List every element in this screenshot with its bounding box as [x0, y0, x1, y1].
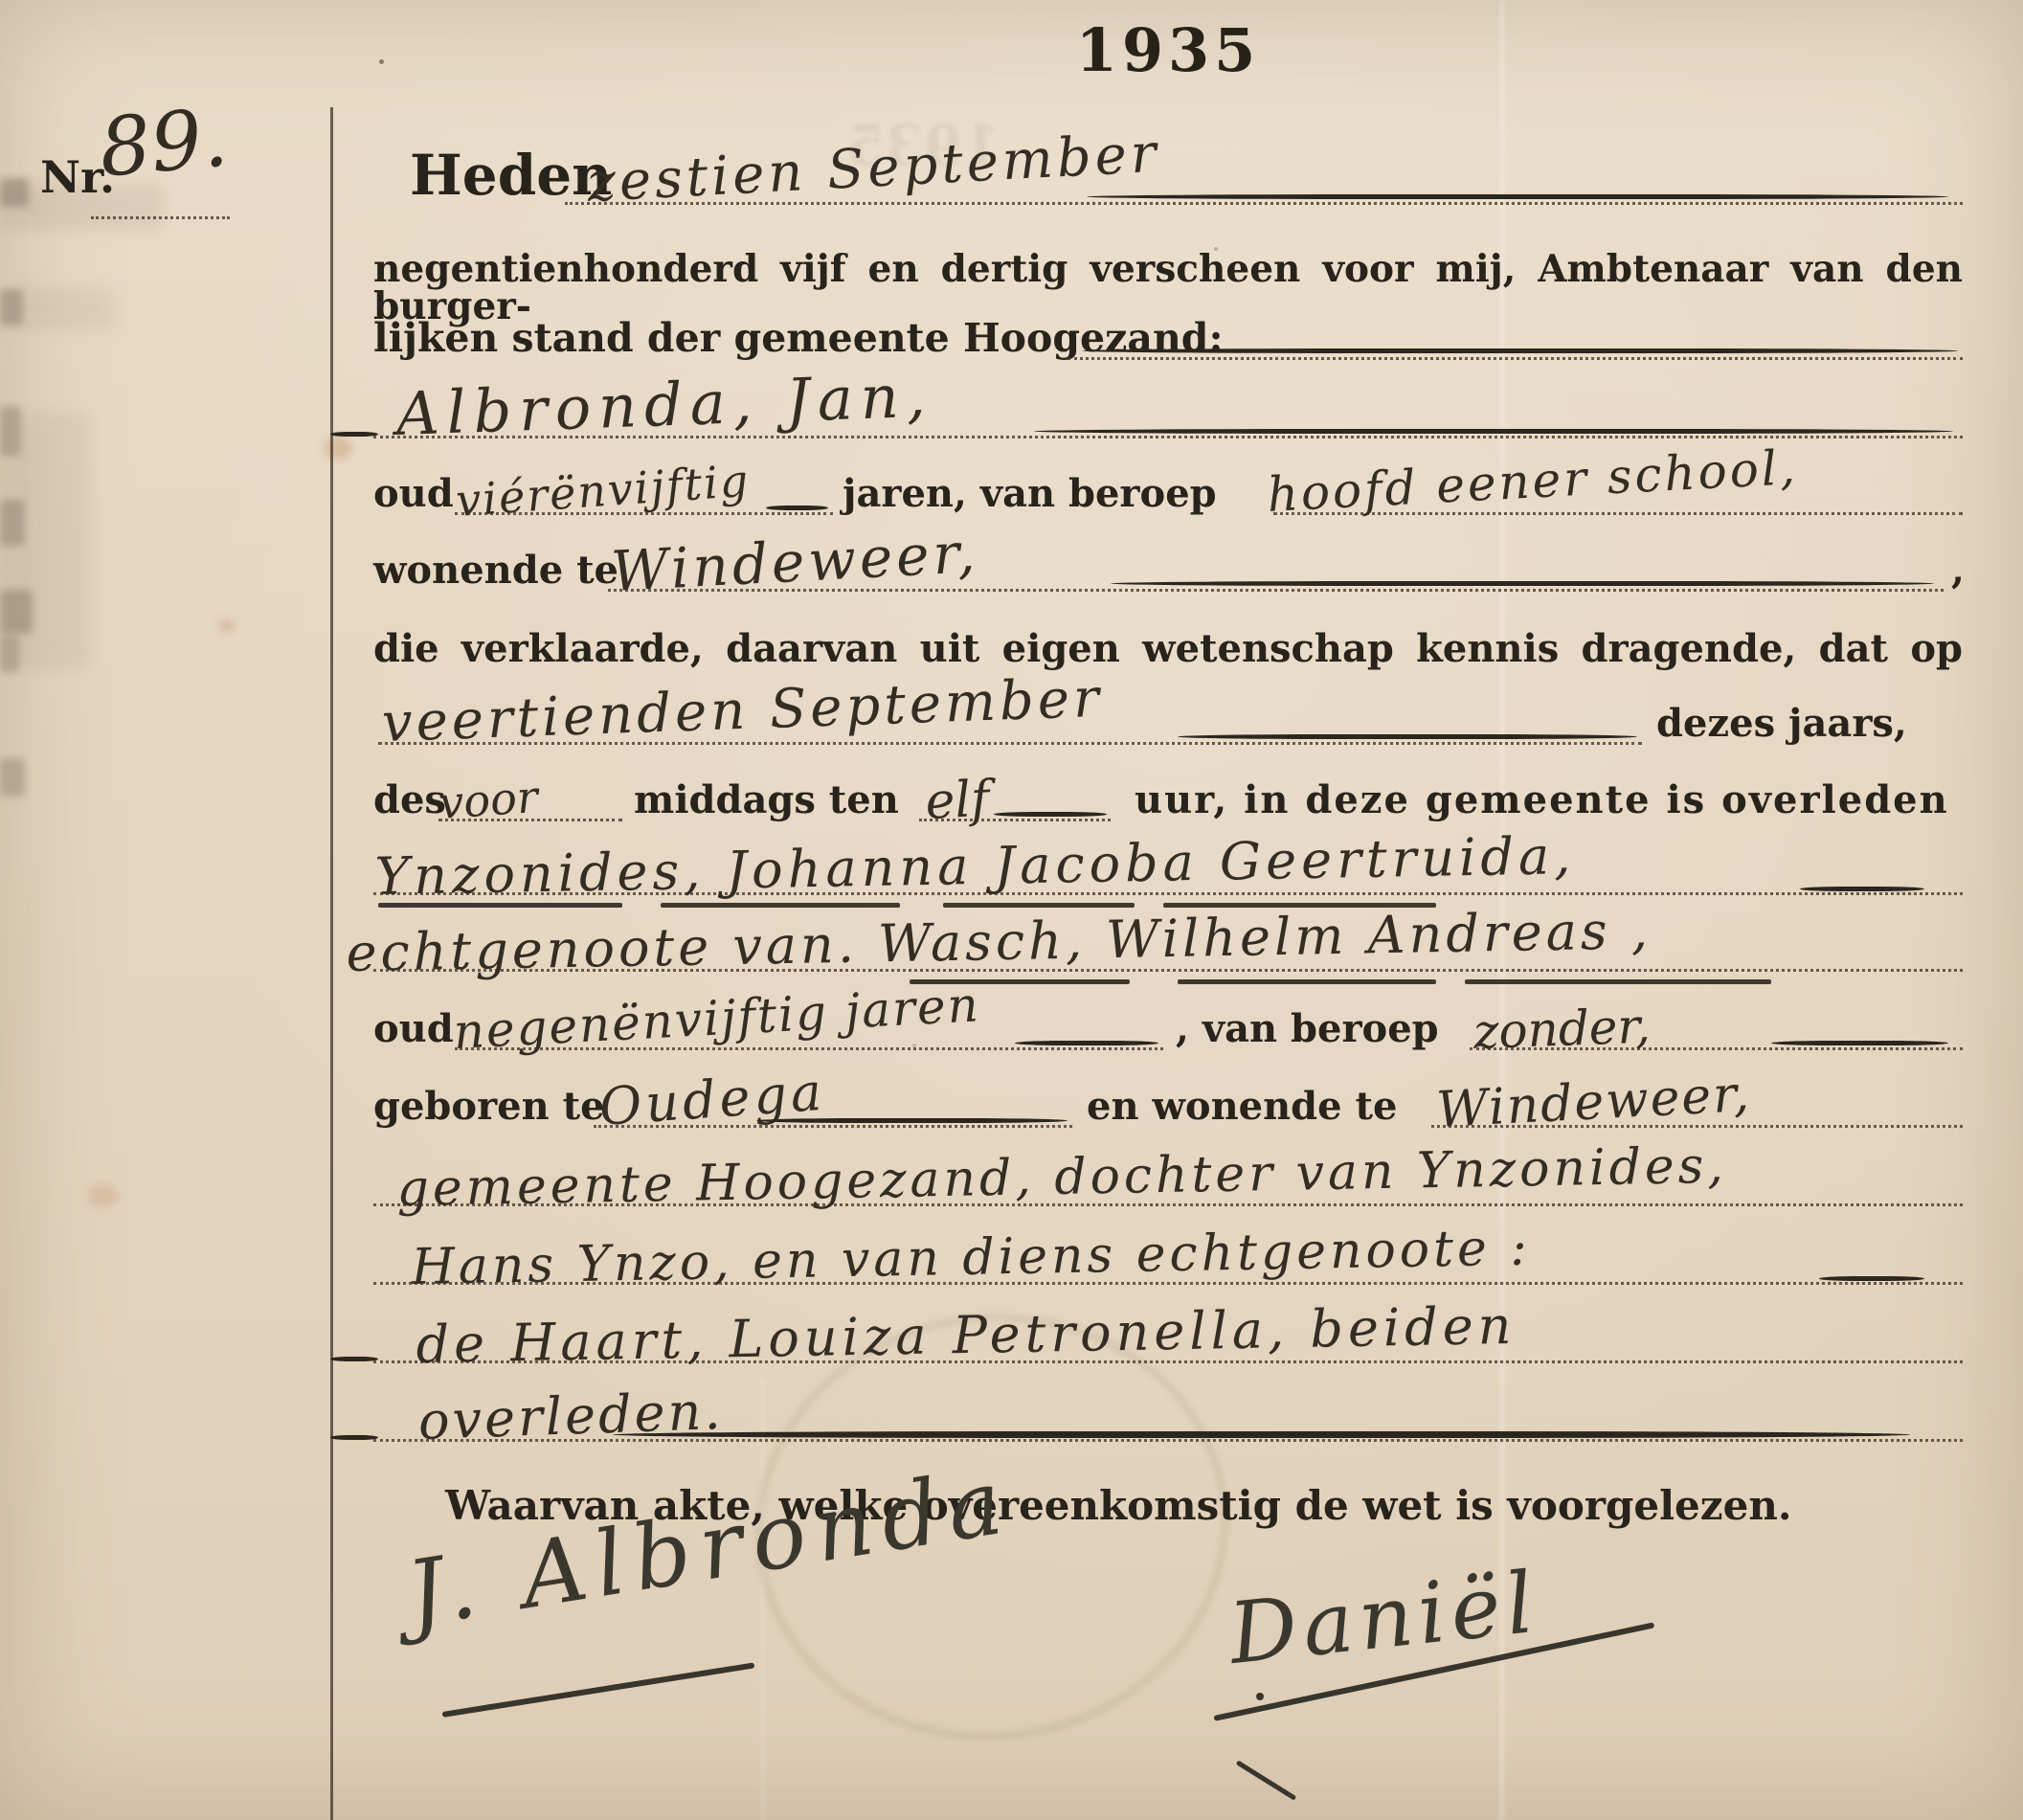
line-declarant-age-profession: oud viérënvijftig jaren, van beroep hoof…	[373, 454, 1963, 515]
line-birthplace-residence: geboren te Oudega en wonende te Windewee…	[373, 1067, 1963, 1128]
ink-fill-line	[766, 506, 828, 510]
ink-fill-line	[756, 1118, 1068, 1123]
printed-geboren-te: geboren te	[373, 1088, 605, 1126]
ink-bleed-through	[0, 636, 19, 672]
line-date-of-act: Heden zestien September	[373, 144, 1963, 205]
ink-fill-line	[1178, 734, 1637, 739]
printed-en-wonende-te: en wonende te	[1087, 1088, 1397, 1126]
printed-middags-ten: middags ten	[634, 781, 899, 820]
ink-bleed-through	[0, 406, 21, 456]
ink-fill-line	[1015, 1041, 1158, 1045]
line-death-time: des voor middags ten elf uur, in deze ge…	[373, 760, 1963, 821]
entry-death-hour: elf	[924, 775, 990, 827]
ink-lead-dash	[330, 1357, 378, 1361]
printed-gemeente-hoogezand: lijken stand der gemeente Hoogezand:	[373, 319, 1224, 358]
printed-des: des	[373, 781, 446, 820]
heden-dropcap: Heden	[410, 143, 612, 208]
line-gemeente-parents: gemeente Hoogezand, dochter van Ynzonide…	[373, 1145, 1963, 1206]
printed-officiant-intro: negentienhonderd vijf en dertig verschee…	[373, 251, 1963, 301]
printed-comma: ,	[1951, 551, 1965, 590]
name-underline	[1178, 979, 1436, 984]
year-heading: 1935	[1072, 15, 1264, 85]
name-underline	[378, 903, 622, 908]
entry-declarant-name: Albronda, Jan,	[395, 366, 934, 444]
dotted-leader	[1068, 357, 1963, 360]
printed-van-beroep-2: , van beroep	[1176, 1010, 1439, 1048]
printed-dezes-jaars: dezes jaars,	[1656, 705, 1907, 743]
line-overleden: overleden.	[373, 1381, 1963, 1442]
paper-speck	[379, 59, 384, 64]
line-father-name: Hans Ynzo, en van diens echtgenoote :	[373, 1224, 1963, 1285]
signature-declarant-flourish	[442, 1662, 755, 1718]
entry-birthplace: Oudega	[597, 1067, 827, 1134]
entry-declarant-profession: hoofd eener school,	[1266, 443, 1798, 519]
ink-fill-line	[1111, 581, 1934, 586]
name-underline	[661, 903, 900, 908]
rust-stain	[324, 437, 352, 460]
ink-trailing-dash	[1800, 887, 1924, 891]
printed-declaration-clause: die verklaarde, daarvan uit eigen wetens…	[373, 630, 1963, 680]
ink-bleed-through	[0, 590, 33, 634]
signature-official: Daniël	[1225, 1553, 1543, 1683]
ink-fill-line	[1087, 194, 1948, 199]
printed-uur-overleden: uur, in deze gemeente is overleden	[1135, 781, 1949, 820]
ink-trailing-dash	[1819, 1276, 1924, 1281]
entry-deceased-age: negenënvijftig jaren	[452, 980, 980, 1056]
line-deceased-name: Ynzonides, Johanna Jacoba Geertruida,	[373, 834, 1963, 895]
death-certificate-scan: 1935 Nr. 89. 1935 Heden zestien Septembe…	[0, 0, 2023, 1820]
ink-lead-dash	[330, 1435, 378, 1440]
ink-bleed-through	[0, 758, 25, 797]
act-number-value: 89.	[96, 90, 232, 194]
line-declarant-name: Albronda, Jan,	[373, 377, 1963, 438]
ink-trailing-dash	[1771, 1041, 1948, 1045]
signature-official-dot	[1256, 1693, 1264, 1700]
line-mother-name: de Haart, Louiza Petronella, beiden	[373, 1302, 1963, 1363]
line-death-date: veertienden September dezes jaars,	[373, 684, 1963, 745]
entry-deceased-profession: zonder,	[1472, 1002, 1651, 1056]
act-number-dotted-line	[91, 216, 230, 219]
printed-oud-2: oud	[373, 1010, 454, 1048]
ink-bleed-through	[0, 500, 25, 546]
ink-lead-dash	[330, 432, 378, 437]
line-deceased-age-profession: oud negenënvijftig jaren , van beroep zo…	[373, 989, 1963, 1050]
printed-heden: Heden	[410, 147, 612, 203]
entry-voor-middag: voor	[438, 775, 539, 825]
entry-death-date: veertienden September	[381, 672, 1104, 751]
entry-both-deceased: overleden.	[417, 1385, 724, 1448]
printed-oud: oud	[373, 475, 454, 513]
printed-jaren-van-beroep: jaren, van beroep	[843, 475, 1217, 513]
rust-stain	[88, 1183, 119, 1208]
vertical-fold-crease-lower	[761, 1379, 764, 1820]
line-declarant-residence: wonende te Windeweer, ,	[373, 530, 1963, 592]
signature-official-tail-stroke	[1236, 1760, 1297, 1800]
ink-bleed-through	[0, 289, 23, 326]
ink-fill-line	[1034, 429, 1953, 434]
ink-fill-line	[1082, 348, 1958, 353]
entry-act-date: zestien September	[586, 127, 1161, 211]
printed-wonende-te: wonende te	[373, 551, 618, 590]
name-underline	[1465, 979, 1771, 984]
margin-rule	[330, 107, 333, 1820]
line-spouse-name: echtgenoote van. Wasch, Wilhelm Andreas …	[373, 910, 1963, 972]
ink-fill-line	[994, 812, 1107, 817]
ink-fill-line	[613, 1431, 1910, 1438]
rust-stain	[218, 618, 236, 633]
ink-bleed-through	[0, 178, 29, 207]
name-underline	[943, 903, 1135, 908]
line-gemeente: lijken stand der gemeente Hoogezand:	[373, 299, 1963, 360]
